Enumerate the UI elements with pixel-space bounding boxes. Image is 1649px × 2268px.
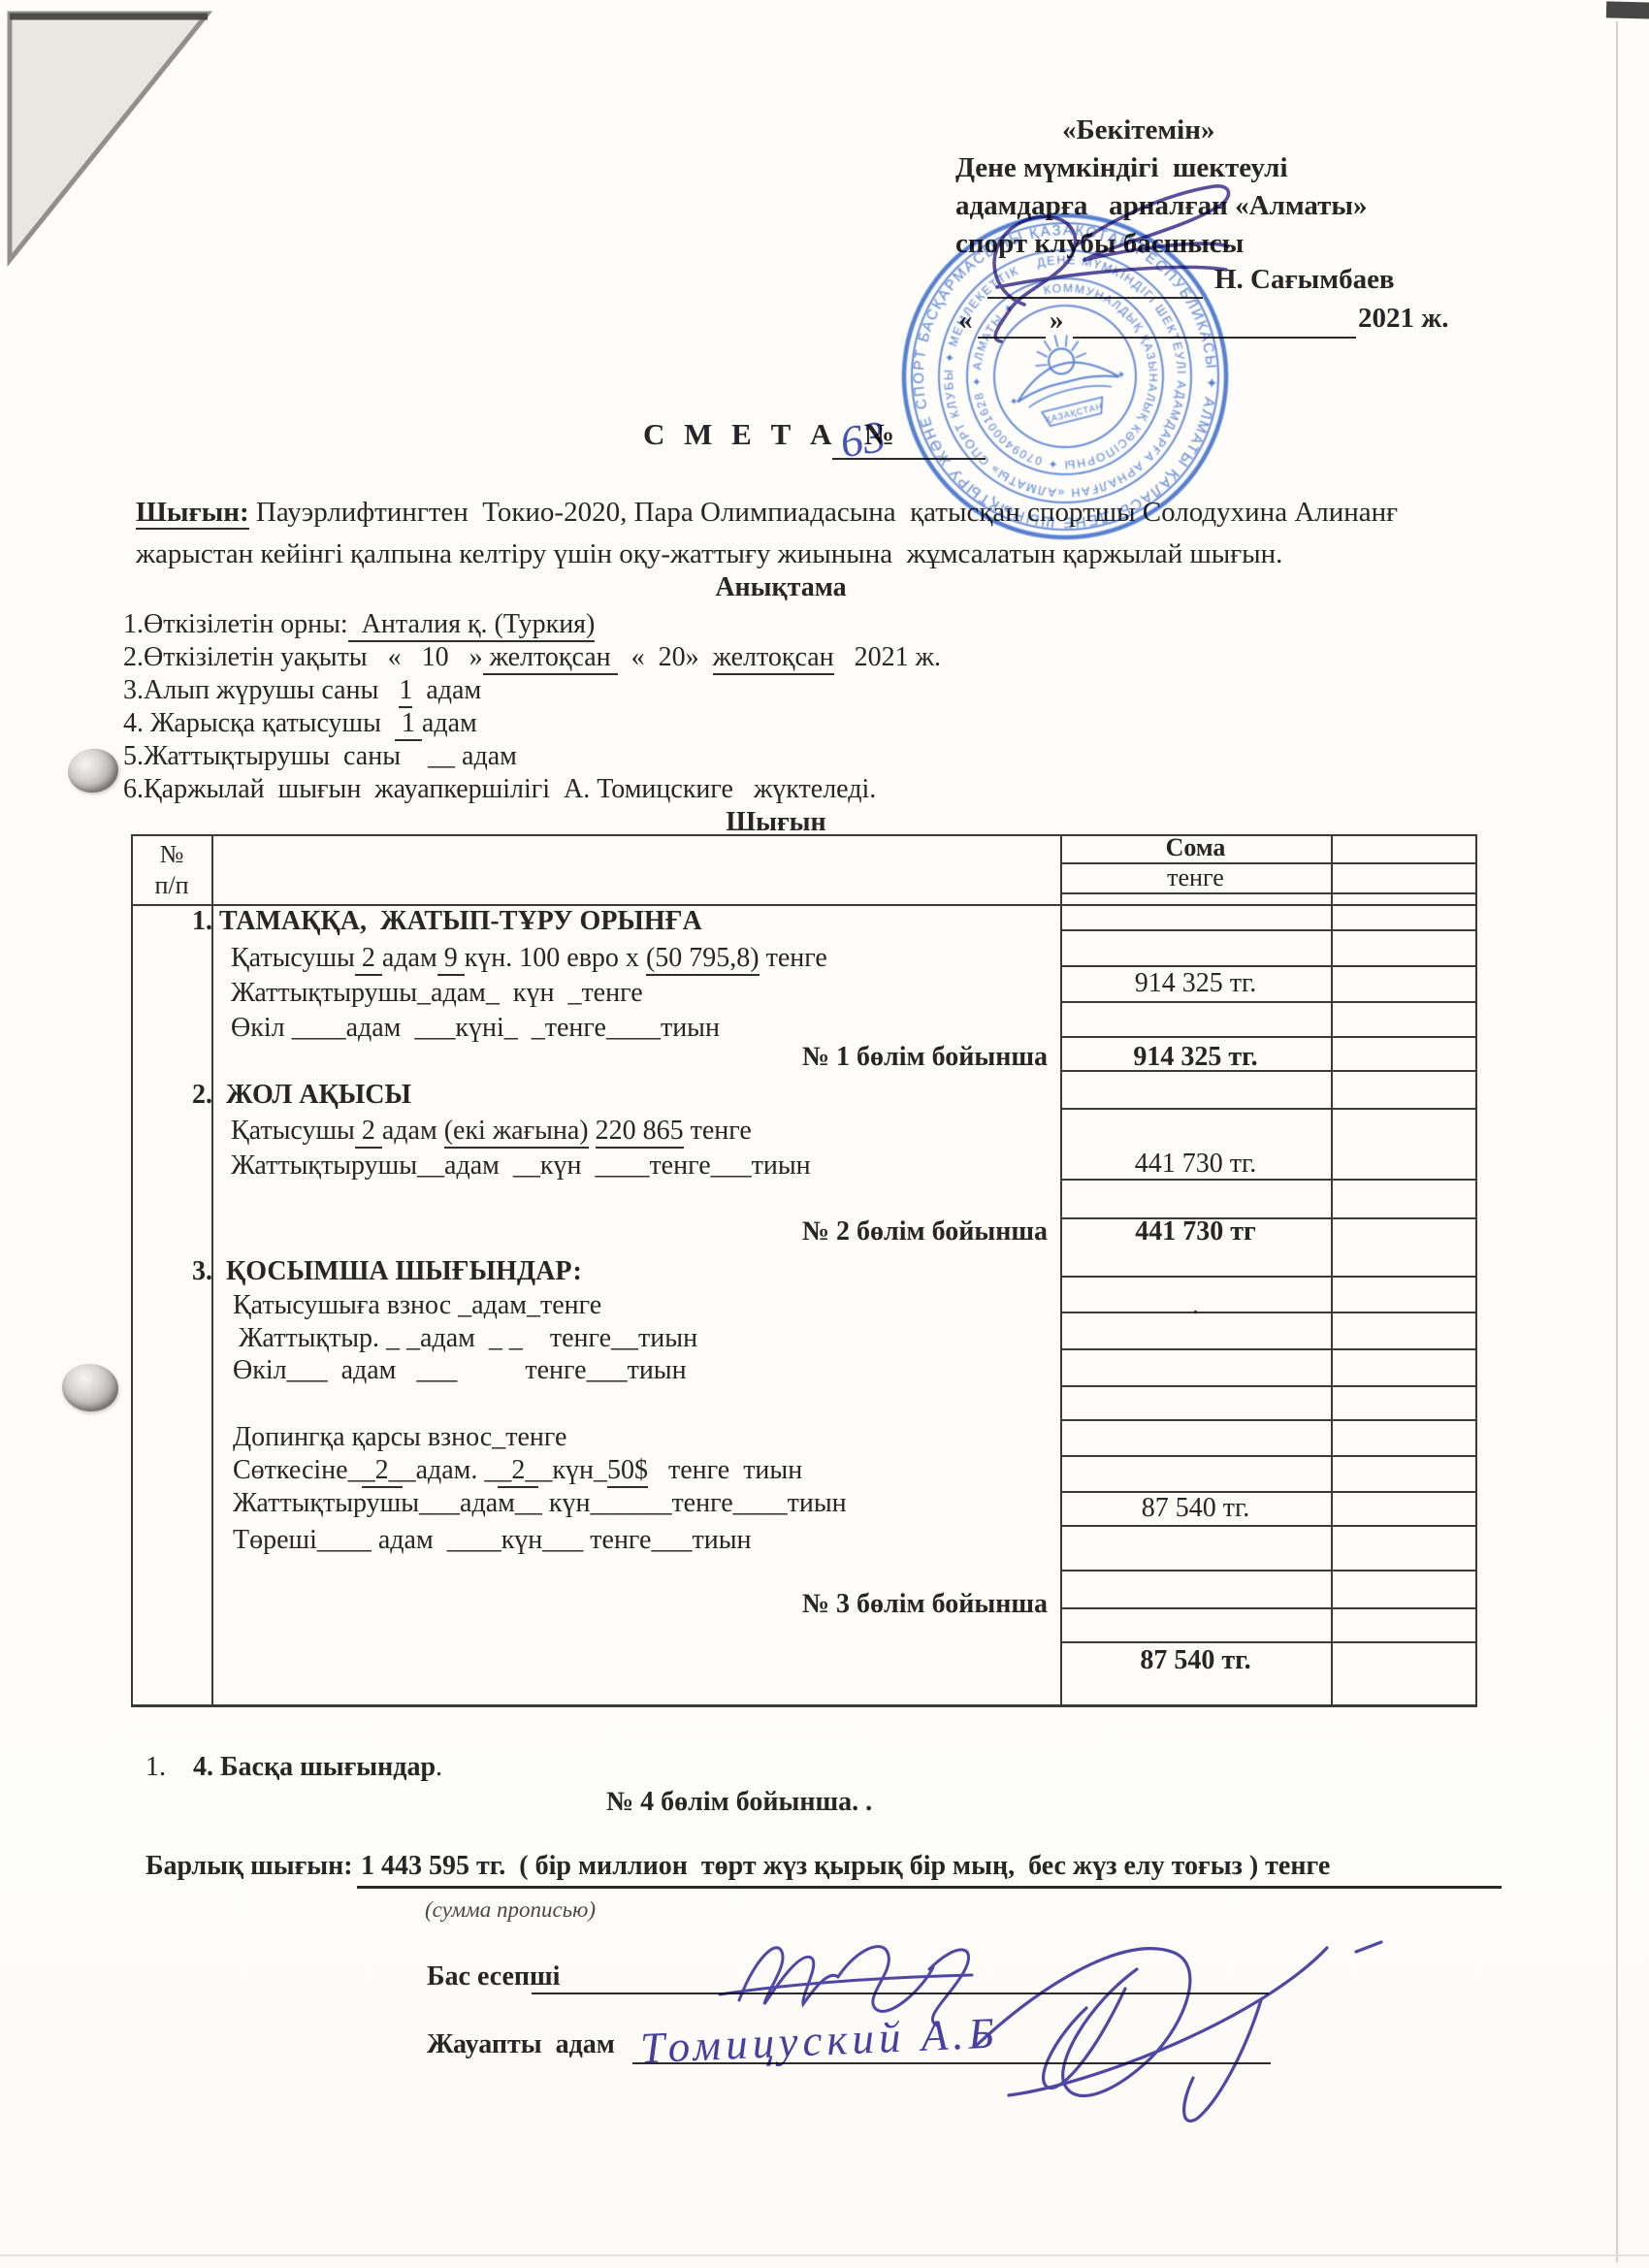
handwritten-ink-layer: 63 Томицуский А.Б	[0, 0, 1649, 2268]
approver-signature	[994, 186, 1229, 341]
responsible-name-handwritten: Томицуский А.Б	[639, 2008, 1000, 2072]
smeta-number-handwritten: 63	[837, 411, 889, 468]
responsible-signature	[975, 1942, 1381, 2121]
scanned-document-page: «Бекітемін» Дене мүмкіндігі шектеулі ада…	[0, 0, 1649, 2268]
